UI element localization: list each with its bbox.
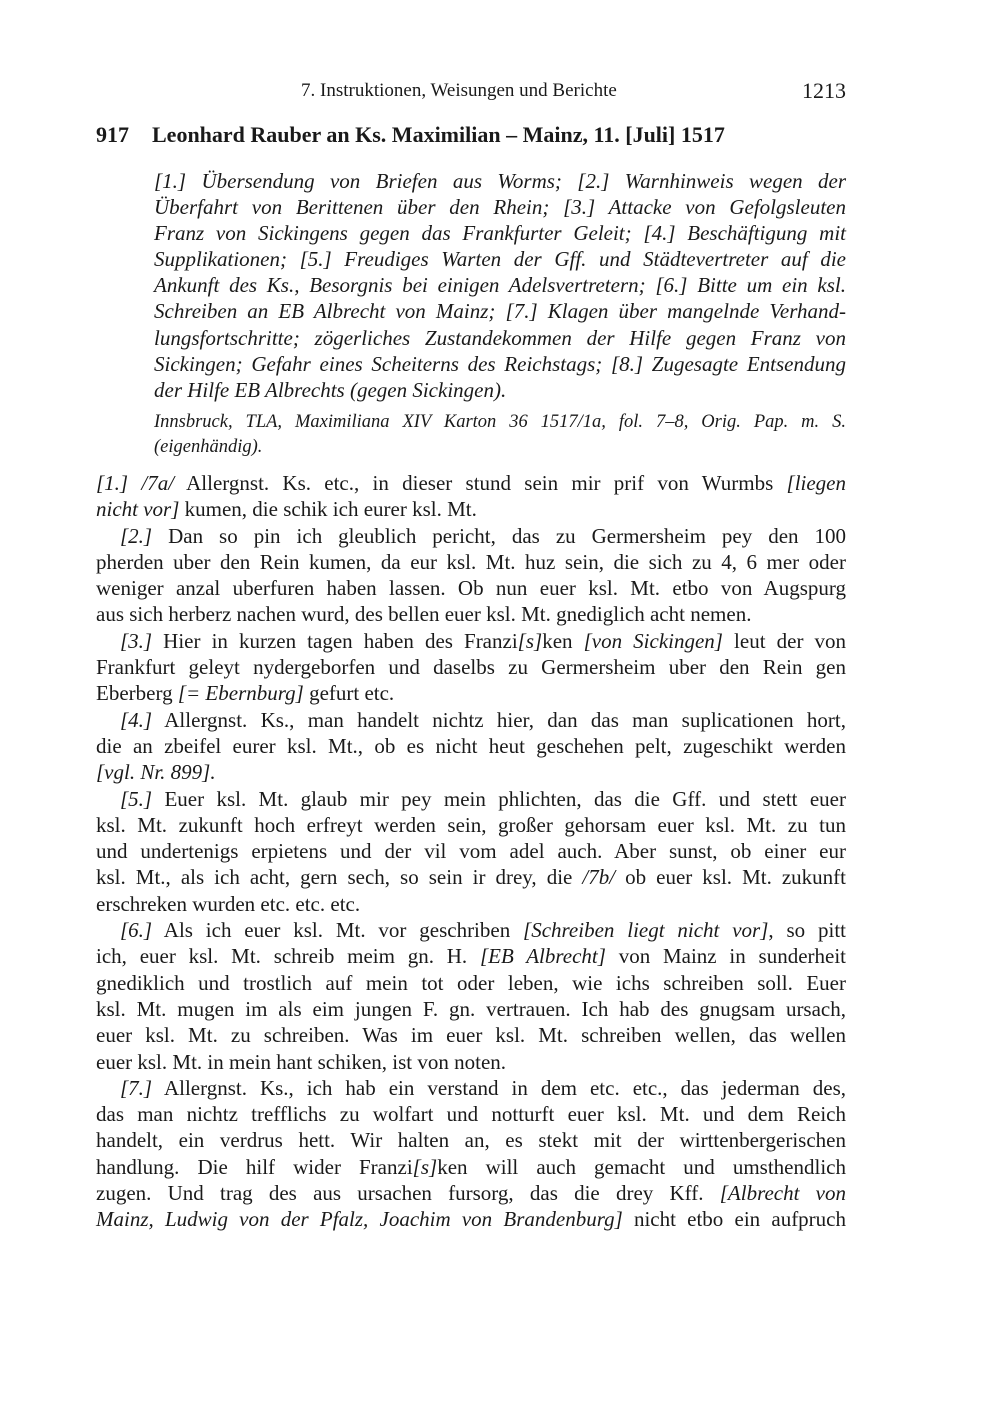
editorial-annotation: [liegen: [787, 471, 846, 495]
regest-line: Supplikationen; [5.] Freudiges Warten de…: [154, 246, 846, 272]
running-head-title: 7. Instruktionen, Weisungen und Berichte: [301, 80, 617, 102]
source-text: ob euer ksl. Mt. zukunft: [615, 865, 846, 889]
body-line: [5.] Euer ksl. Mt. glaub mir pey mein ph…: [96, 786, 846, 812]
body-line: ksl. Mt. zukunft hoch erfreyt werden sei…: [96, 812, 846, 838]
editorial-annotation: [7.]: [120, 1076, 152, 1100]
source-text: handlung. Die hilf wider Franzi: [96, 1155, 413, 1179]
body-line: [3.] Hier in kurzen tagen haben des Fran…: [96, 628, 846, 654]
source-text: von Mainz in sunderheit: [606, 944, 846, 968]
source-citation: Innsbruck, TLA, Maximiliana XIV Karton 3…: [154, 410, 846, 460]
source-text: Als ich euer ksl. Mt. vor geschriben: [152, 918, 523, 942]
source-text: , so pitt: [768, 918, 846, 942]
source-text: Allergnst. Ks., ich hab ein verstand in …: [152, 1076, 846, 1100]
body-line: [vgl. Nr. 899].: [96, 759, 846, 785]
source-text: das man nichtz trefflichs zu wolfart und…: [96, 1102, 846, 1126]
editorial-annotation: [1.] /7a/: [96, 471, 174, 495]
editorial-annotation: [s]: [518, 629, 543, 653]
source-text: ken will auch gemacht und umsthendlich: [437, 1155, 846, 1179]
body-line: die an zbeifel eurer ksl. Mt., ob es nic…: [96, 733, 846, 759]
source-text: erschreken wurden etc. etc. etc.: [96, 892, 360, 916]
document-heading: 917Leonhard Rauber an Ks. Maximilian – M…: [96, 122, 856, 148]
body-line: erschreken wurden etc. etc. etc.: [96, 891, 846, 917]
document-page: 7. Instruktionen, Weisungen und Berichte…: [0, 0, 1004, 1418]
source-text: Frankfurt geleyt nydergeborfen und dasel…: [96, 655, 846, 679]
source-text: Euer ksl. Mt. glaub mir pey mein phlicht…: [152, 787, 846, 811]
source-text: nicht etbo ein aufpruch: [623, 1207, 846, 1231]
editorial-annotation: [4.]: [120, 708, 152, 732]
source-text: euer ksl. Mt. in mein hant schiken, ist …: [96, 1050, 506, 1074]
regest-line: Überfahrt von Berittenen über den Rhein;…: [154, 194, 846, 220]
source-text: Allergnst. Ks., man handelt nichtz hier,…: [152, 708, 846, 732]
source-text: ksl. Mt. zukunft hoch erfreyt werden sei…: [96, 813, 846, 837]
regest-line: lungsfortschritte; zögerliches Zustandek…: [154, 325, 846, 351]
editorial-annotation: [6.]: [120, 918, 152, 942]
body-line: handlung. Die hilf wider Franzi[s]ken wi…: [96, 1154, 846, 1180]
editorial-annotation: [Albrecht von: [720, 1181, 846, 1205]
body-line: und undertenigs erpietens und der vil vo…: [96, 838, 846, 864]
page-number: 1213: [802, 78, 846, 104]
body-line: euer ksl. Mt. zu schreiben. Was im euer …: [96, 1022, 846, 1048]
body-line: Mainz, Ludwig von der Pfalz, Joachim von…: [96, 1206, 846, 1232]
source-text: ksl. Mt., als ich acht, gern sech, so se…: [96, 865, 582, 889]
source-text: ken: [542, 629, 583, 653]
body-line: weniger anzal uberfuren haben lassen. Ob…: [96, 575, 846, 601]
source-line: Innsbruck, TLA, Maximiliana XIV Karton 3…: [154, 410, 846, 435]
source-text: handelt, ein verdrus hett. Wir halten an…: [96, 1128, 846, 1152]
source-text: gnediklich und trostlich auf mein tot od…: [96, 971, 846, 995]
body-line: Frankfurt geleyt nydergeborfen und dasel…: [96, 654, 846, 680]
body-line: zugen. Und trag des aus ursachen fursorg…: [96, 1180, 846, 1206]
editorial-annotation: [s]: [413, 1155, 438, 1179]
source-text: weniger anzal uberfuren haben lassen. Ob…: [96, 576, 846, 600]
body-line: [2.] Dan so pin ich gleublich pericht, d…: [96, 523, 846, 549]
source-text: ich, euer ksl. Mt. schreib meim gn. H.: [96, 944, 480, 968]
source-text: und undertenigs erpietens und der vil vo…: [96, 839, 846, 863]
editorial-annotation: nicht vor]: [96, 497, 179, 521]
regest-line: Franz von Sickingens gegen das Frankfurt…: [154, 220, 846, 246]
editorial-annotation: /7b/: [582, 865, 615, 889]
editorial-annotation: [von Sickingen]: [584, 629, 723, 653]
source-text: ksl. Mt. mugen im als eim jungen F. gn. …: [96, 997, 846, 1021]
body-line: ich, euer ksl. Mt. schreib meim gn. H. […: [96, 943, 846, 969]
body-line: [7.] Allergnst. Ks., ich hab ein verstan…: [96, 1075, 846, 1101]
document-title: Leonhard Rauber an Ks. Maximilian – Main…: [152, 122, 725, 147]
body-line: aus sich herberz nachen wurd, des bellen…: [96, 601, 846, 627]
body-line: pherden uber den Rein kumen, da eur ksl.…: [96, 549, 846, 575]
regest-line: Ankunft des Ks., Besorgnis bei einigen A…: [154, 272, 846, 298]
body-line: nicht vor] kumen, die schik ich eurer ks…: [96, 496, 846, 522]
body-line: [6.] Als ich euer ksl. Mt. vor geschribe…: [96, 917, 846, 943]
source-text: gefurt etc.: [304, 681, 394, 705]
editorial-annotation: [= Ebernburg]: [178, 681, 304, 705]
source-text: zugen. Und trag des aus ursachen fursorg…: [96, 1181, 720, 1205]
regest-line: Sickingen; Gefahr eines Scheiterns des R…: [154, 351, 846, 377]
source-text: pherden uber den Rein kumen, da eur ksl.…: [96, 550, 846, 574]
body-line: das man nichtz trefflichs zu wolfart und…: [96, 1101, 846, 1127]
body-line: gnediklich und trostlich auf mein tot od…: [96, 970, 846, 996]
regest-line: Schreiben an EB Albrecht von Mainz; [7.]…: [154, 298, 846, 324]
regest-line: der Hilfe EB Albrechts (gegen Sickingen)…: [154, 377, 846, 403]
document-body-text: [1.] /7a/ Allergnst. Ks. etc., in dieser…: [96, 470, 846, 1233]
source-text: leut der von: [723, 629, 846, 653]
regest-line: [1.] Übersendung von Briefen aus Worms; …: [154, 168, 846, 194]
source-text: Eberberg: [96, 681, 178, 705]
editorial-annotation: [5.]: [120, 787, 152, 811]
source-text: Hier in kurzen tagen haben des Franzi: [152, 629, 518, 653]
source-text: Allergnst. Ks. etc., in dieser stund sei…: [174, 471, 786, 495]
body-line: ksl. Mt. mugen im als eim jungen F. gn. …: [96, 996, 846, 1022]
source-text: kumen, die schik ich eurer ksl. Mt.: [179, 497, 476, 521]
body-line: ksl. Mt., als ich acht, gern sech, so se…: [96, 864, 846, 890]
regest-summary: [1.] Übersendung von Briefen aus Worms; …: [154, 168, 846, 403]
body-line: handelt, ein verdrus hett. Wir halten an…: [96, 1127, 846, 1153]
body-line: [4.] Allergnst. Ks., man handelt nichtz …: [96, 707, 846, 733]
source-text: euer ksl. Mt. zu schreiben. Was im euer …: [96, 1023, 846, 1047]
editorial-annotation: Mainz, Ludwig von der Pfalz, Joachim von…: [96, 1207, 623, 1231]
body-line: euer ksl. Mt. in mein hant schiken, ist …: [96, 1049, 846, 1075]
editorial-annotation: [EB Albrecht]: [480, 944, 606, 968]
editorial-annotation: [vgl. Nr. 899].: [96, 760, 216, 784]
body-line: Eberberg [= Ebernburg] gefurt etc.: [96, 680, 846, 706]
editorial-annotation: [3.]: [120, 629, 152, 653]
source-text: die an zbeifel eurer ksl. Mt., ob es nic…: [96, 734, 846, 758]
document-number: 917: [96, 122, 152, 148]
editorial-annotation: [2.]: [120, 524, 152, 548]
source-line: (eigenhändig).: [154, 435, 846, 460]
running-head: 7. Instruktionen, Weisungen und Berichte…: [96, 80, 846, 108]
source-text: aus sich herberz nachen wurd, des bellen…: [96, 602, 751, 626]
source-text: Dan so pin ich gleublich pericht, das zu…: [152, 524, 846, 548]
editorial-annotation: [Schreiben liegt nicht vor]: [523, 918, 768, 942]
body-line: [1.] /7a/ Allergnst. Ks. etc., in dieser…: [96, 470, 846, 496]
